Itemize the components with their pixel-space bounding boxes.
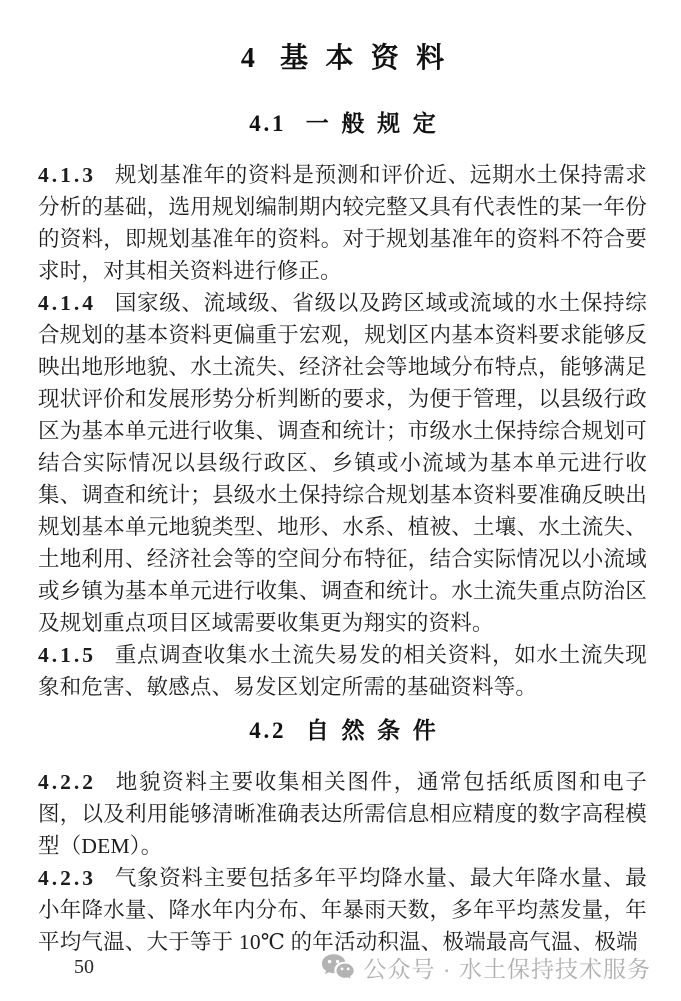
section-number: 4.1 (249, 111, 286, 136)
paragraph-4-1-5: 4.1.5重点调查收集水土流失易发的相关资料，如水土流失现象和危害、敏感点、易发… (38, 639, 647, 703)
chapter-number: 4 (241, 43, 255, 74)
paragraph-text: 国家级、流域级、省级以及跨区域或流域的水土保持综合规划的基本资料更偏重于宏观，规… (38, 291, 647, 635)
section-number: 4.2 (249, 718, 286, 743)
paragraph-label: 4.1.3 (38, 163, 114, 187)
paragraph-text: 重点调查收集水土流失易发的相关资料，如水土流失现象和危害、敏感点、易发区划定所需… (38, 643, 647, 699)
section-title: 一般规定 (306, 111, 449, 136)
section-heading-4-2: 4.2自然条件 (38, 717, 647, 744)
chapter-title: 基本资料 (280, 43, 461, 74)
paragraph-4-1-3: 4.1.3规划基准年的资料是预测和评价近、远期水土保持需求分析的基础，选用规划编… (38, 159, 647, 287)
chapter-heading: 4基本资料 (38, 42, 647, 76)
paragraph-label: 4.2.3 (38, 866, 114, 890)
paragraph-4-2-2: 4.2.2地貌资料主要收集相关图件，通常包括纸质图和电子图，以及利用能够清晰准确… (38, 766, 647, 862)
paragraph-text: 地貌资料主要收集相关图件，通常包括纸质图和电子图，以及利用能够清晰准确表达所需信… (38, 770, 647, 858)
paragraph-label: 4.1.5 (38, 643, 114, 667)
paragraph-4-2-3: 4.2.3气象资料主要包括多年平均降水量、最大年降水量、最小年降水量、降水年内分… (38, 862, 647, 958)
wechat-icon (321, 953, 354, 981)
paragraph-label: 4.1.4 (38, 291, 114, 315)
paragraph-label: 4.2.2 (38, 770, 114, 794)
page-number: 50 (74, 956, 94, 979)
watermark: 公众号 · 水土保持技术服务 (321, 951, 651, 984)
paragraph-4-1-4: 4.1.4国家级、流域级、省级以及跨区域或流域的水土保持综合规划的基本资料更偏重… (38, 287, 647, 639)
watermark-text: 公众号 · 水土保持技术服务 (364, 951, 651, 984)
section-heading-4-1: 4.1一般规定 (38, 110, 647, 137)
page-footer: 50 公众号 · 水土保持技术服务 (0, 949, 681, 985)
section-title: 自然条件 (306, 718, 449, 743)
paragraph-text: 气象资料主要包括多年平均降水量、最大年降水量、最小年降水量、降水年内分布、年暴雨… (38, 866, 647, 954)
paragraph-text: 规划基准年的资料是预测和评价近、远期水土保持需求分析的基础，选用规划编制期内较完… (38, 163, 647, 283)
document-page: 4基本资料 4.1一般规定 4.1.3规划基准年的资料是预测和评价近、远期水土保… (0, 0, 681, 1001)
